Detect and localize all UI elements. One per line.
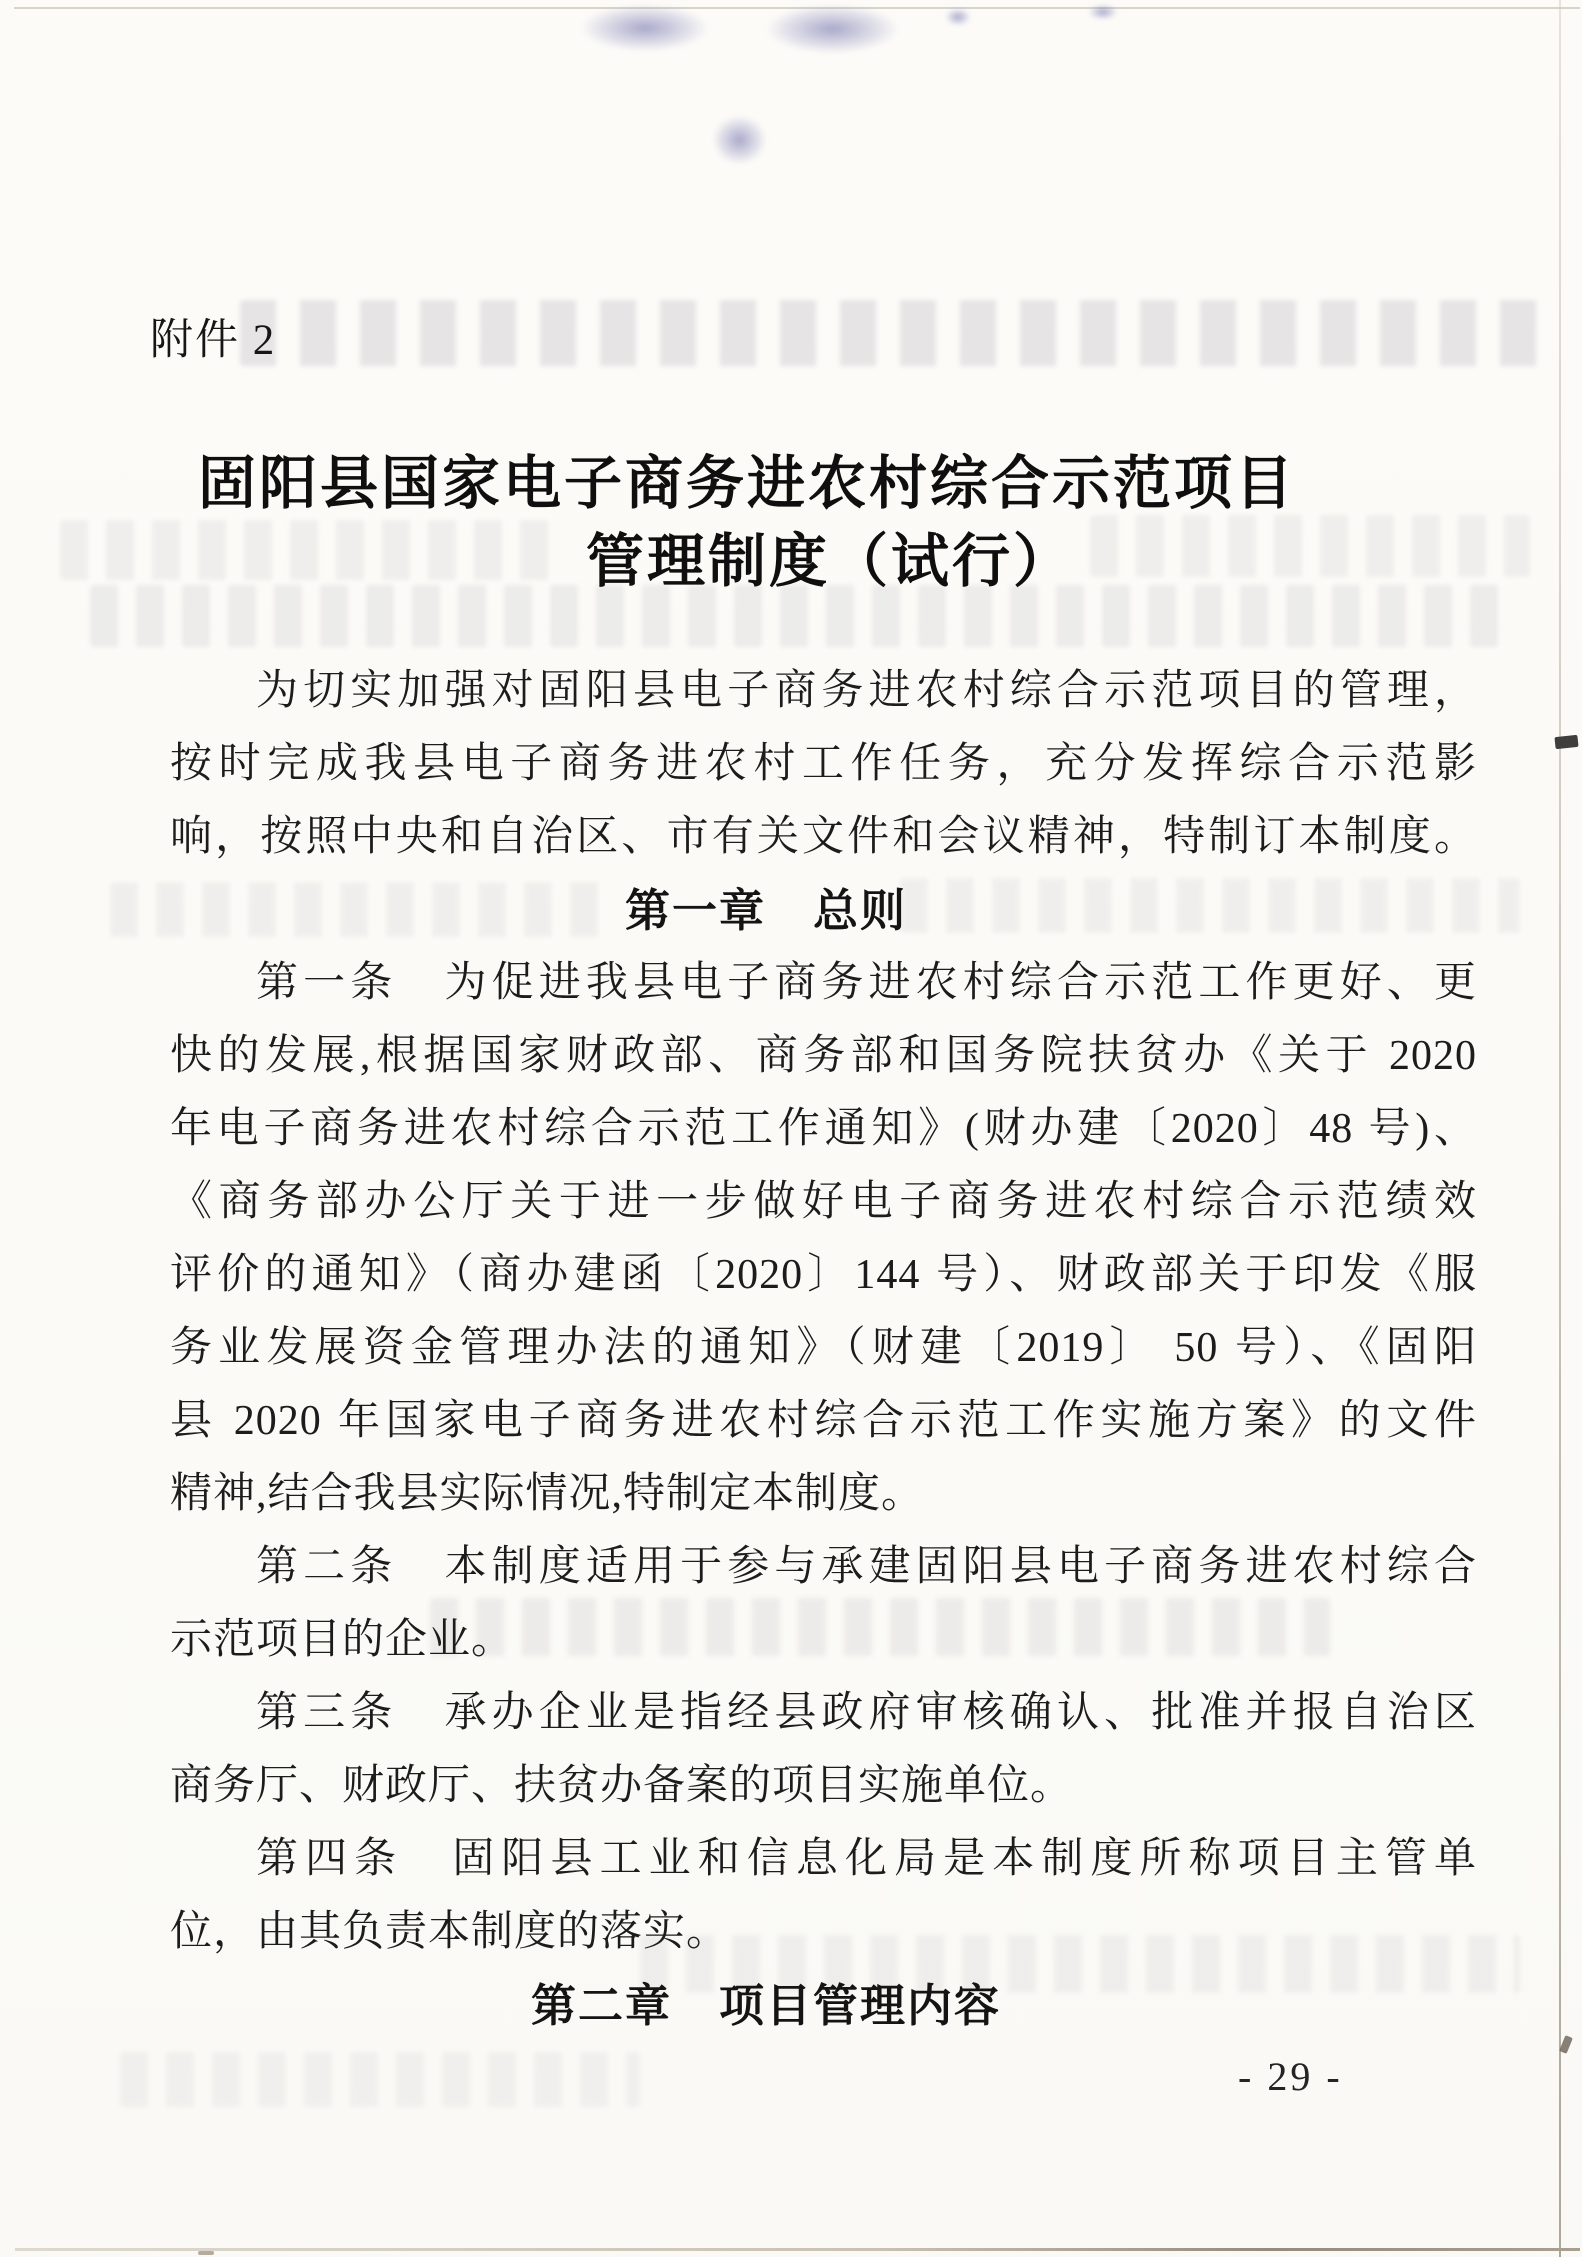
paragraph-line: 响，按照中央和自治区、市有关文件和会议精神，特制订本制度。	[170, 801, 1477, 874]
attachment-label: 附件 2	[150, 306, 276, 367]
paragraph-line: 第一条 为促进我县电子商务进农村综合示范工作更好、更	[170, 947, 1477, 1020]
ink-smudge	[765, 4, 900, 54]
scan-right-edge-mark	[1554, 735, 1578, 749]
ink-smudge	[580, 4, 710, 52]
paragraph-line: 示范项目的企业。	[170, 1604, 1477, 1677]
paragraph-line: 评价的通知》（商办建函〔2020〕144 号）、财政部关于印发《服	[170, 1239, 1477, 1312]
paragraph-line: 按时完成我县电子商务进农村工作任务，充分发挥综合示范影	[170, 728, 1477, 801]
scan-right-edge-mark-2	[1559, 2035, 1573, 2054]
paragraph-line: 第三条 承办企业是指经县政府审核确认、批准并报自治区	[170, 1677, 1477, 1750]
ink-smudge	[945, 8, 971, 26]
bleedthrough-artifact	[1090, 515, 1530, 577]
ink-smudge	[712, 115, 767, 165]
paragraph-line: 第二条 本制度适用于参与承建固阳县电子商务进农村综合	[170, 1531, 1477, 1604]
paragraph-line: 第四条 固阳县工业和信息化局是本制度所称项目主管单	[170, 1823, 1477, 1896]
document-body: 为切实加强对固阳县电子商务进农村综合示范项目的管理， 按时完成我县电子商务进农村…	[170, 655, 1477, 2042]
paragraph-line: 为切实加强对固阳县电子商务进农村综合示范项目的管理，	[170, 655, 1477, 728]
scan-bottom-edge-line	[15, 2248, 1580, 2251]
bleedthrough-artifact	[240, 300, 1540, 366]
page-number: - 29 -	[1238, 2053, 1343, 2100]
paragraph-line: 县 2020 年国家电子商务进农村综合示范工作实施方案》的文件	[170, 1385, 1477, 1458]
document-title-line2: 管理制度（试行）	[586, 514, 1074, 598]
paragraph-line: 商务厅、财政厅、扶贫办备案的项目实施单位。	[170, 1750, 1477, 1823]
bleedthrough-artifact	[60, 520, 560, 580]
paragraph-line: 快的发展,根据国家财政部、商务部和国务院扶贫办《关于 2020	[170, 1020, 1477, 1093]
paragraph-line: 务业发展资金管理办法的通知》（财建〔2019〕 50 号）、《固阳	[170, 1312, 1477, 1385]
paragraph-line: 位，由其负责本制度的落实。	[170, 1896, 1477, 1969]
ink-smudge	[1088, 4, 1118, 20]
scan-bottom-edge-mark	[198, 2251, 214, 2255]
chapter-1-heading: 第一章 总则	[170, 874, 1362, 947]
document-title-line1: 固阳县国家电子商务进农村综合示范项目	[198, 436, 1296, 520]
paragraph-line: 精神,结合我县实际情况,特制定本制度。	[170, 1458, 1477, 1531]
bleedthrough-artifact	[120, 2052, 640, 2107]
chapter-2-heading: 第二章 项目管理内容	[170, 1969, 1362, 2042]
scan-right-edge-line	[1559, 0, 1561, 2257]
paragraph-line: 《商务部办公厅关于进一步做好电子商务进农村综合示范绩效	[170, 1166, 1477, 1239]
paragraph-line: 年电子商务进农村综合示范工作通知》(财办建〔2020〕48 号)、	[170, 1093, 1477, 1166]
scanned-document-page: 附件 2 固阳县国家电子商务进农村综合示范项目 管理制度（试行） 为切实加强对固…	[0, 0, 1582, 2257]
